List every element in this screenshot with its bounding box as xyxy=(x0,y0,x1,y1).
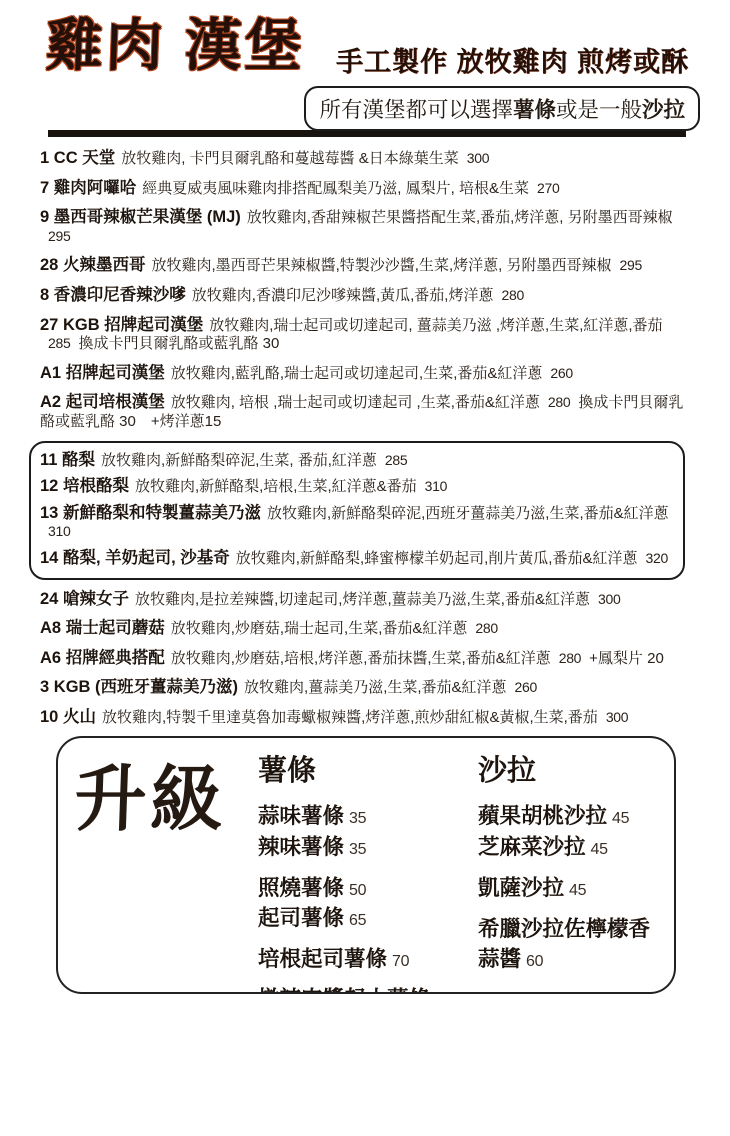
item-price: 280 xyxy=(548,394,570,410)
item-desc: 放牧雞肉,炒磨菇,瑞士起司,生菜,番茄&紅洋蔥 xyxy=(171,620,468,637)
menu-item: A2 起司培根漢堡放牧雞肉, 培根 ,瑞士起司或切達起司 ,生菜,番茄&紅洋蔥2… xyxy=(40,392,692,431)
upgrade-item: 起司薯條65 xyxy=(258,903,450,933)
item-price: 310 xyxy=(48,523,70,539)
note-salad-bold: 沙拉 xyxy=(642,98,685,122)
item-price: 320 xyxy=(645,550,667,566)
menu-item: 27 KGB 招牌起司漢堡放牧雞肉,瑞士起司或切達起司, 薑蒜美乃滋 ,烤洋蔥,… xyxy=(40,315,692,354)
menu-item: A6 招牌經典搭配放牧雞肉,炒磨菇,培根,烤洋蔥,番茄抹醬,生菜,番茄&紅洋蔥2… xyxy=(40,648,692,669)
upgrade-item: 蘋果胡桃沙拉45 xyxy=(478,801,658,831)
item-price: 295 xyxy=(619,257,641,273)
item-desc: 放牧雞肉,瑞士起司或切達起司, 薑蒜美乃滋 ,烤洋蔥,生菜,紅洋蔥,番茄 xyxy=(209,317,662,334)
upgrade-item: 芝麻菜沙拉45 xyxy=(478,832,658,862)
menu-item: 24 嗆辣女子放牧雞肉,是拉差辣醬,切達起司,烤洋蔥,薑蒜美乃滋,生菜,番茄&紅… xyxy=(40,589,692,610)
item-name: 12 培根酪梨 xyxy=(40,477,129,495)
item-name: 3 KGB (西班牙薑蒜美乃滋) xyxy=(40,678,238,696)
salads-group: 希臘沙拉佐檸檬香蒜醬60 xyxy=(478,914,658,974)
item-name: A1 招牌起司漢堡 xyxy=(40,364,165,382)
upgrade-price: 65 xyxy=(349,912,366,929)
item-name: 1 CC 天堂 xyxy=(40,149,115,167)
item-desc: 放牧雞肉,是拉差辣醬,切達起司,烤洋蔥,薑蒜美乃滋,生菜,番茄&紅洋蔥 xyxy=(135,591,590,608)
menu-item: A8 瑞士起司蘑菇放牧雞肉,炒磨菇,瑞士起司,生菜,番茄&紅洋蔥280 xyxy=(40,618,692,639)
avocado-items-box: 11 酪梨放牧雞肉,新鮮酪梨碎泥,生菜, 番茄,紅洋蔥285 12 培根酪梨放牧… xyxy=(29,441,685,580)
menu-item: 13 新鮮酪梨和特製薑蒜美乃滋放牧雞肉,新鮮酪梨碎泥,西班牙薑蒜美乃滋,生菜,番… xyxy=(40,503,673,542)
item-price: 270 xyxy=(537,180,559,196)
menu-item: 3 KGB (西班牙薑蒜美乃滋)放牧雞肉,薑蒜美乃滋,生菜,番茄&紅洋蔥260 xyxy=(40,677,692,698)
item-price: 310 xyxy=(425,478,447,494)
divider-bar xyxy=(48,130,686,137)
upgrade-item: 照燒薯條50 xyxy=(258,873,450,903)
menu-list: 1 CC 天堂放牧雞肉, 卡門貝爾乳酪和蔓越莓醬 &日本綠葉生菜300 7 雞肉… xyxy=(40,148,692,727)
item-desc: 放牧雞肉,墨西哥芒果辣椒醬,特製沙沙醬,生菜,烤洋蔥, 另附墨西哥辣椒 xyxy=(151,257,611,274)
menu-item: 8 香濃印尼香辣沙嗲放牧雞肉,香濃印尼沙嗲辣醬,黃瓜,番茄,烤洋蔥280 xyxy=(40,285,692,306)
item-price: 300 xyxy=(606,709,628,725)
item-name: 27 KGB 招牌起司漢堡 xyxy=(40,316,203,334)
item-name: 14 酪梨, 羊奶起司, 沙基奇 xyxy=(40,549,230,567)
item-price: 260 xyxy=(515,679,537,695)
item-price: 295 xyxy=(48,228,70,244)
note-mid: 或是一般 xyxy=(556,98,642,122)
note-pre: 所有漢堡都可以選擇 xyxy=(319,98,513,122)
note-pill: 所有漢堡都可以選擇薯條或是一般沙拉 xyxy=(304,86,700,131)
salads-heading: 沙拉 xyxy=(478,748,658,789)
menu-header: 雞肉 漢堡 手工製作 放牧雞肉 煎烤或酥炸 所有漢堡都可以選擇薯條或是一般沙拉 xyxy=(40,0,694,130)
item-desc: 放牧雞肉,新鮮酪梨碎泥,生菜, 番茄,紅洋蔥 xyxy=(101,452,377,469)
page-title: 雞肉 漢堡 xyxy=(45,0,307,82)
item-desc: 放牧雞肉,新鮮酪梨,蜂蜜檸檬羊奶起司,削片黃瓜,番茄&紅洋蔥 xyxy=(236,550,638,567)
salads-group: 凱薩沙拉45 xyxy=(478,873,658,903)
upgrade-box: 升級 薯條 蒜味薯條35 辣味薯條35 照燒薯條50 起司薯條65 培根起司薯條… xyxy=(56,736,676,994)
item-name: A6 招牌經典搭配 xyxy=(40,649,165,667)
item-price: 260 xyxy=(550,365,572,381)
item-name: 11 酪梨 xyxy=(40,451,95,469)
fries-group: 照燒薯條50 起司薯條65 xyxy=(258,873,450,933)
item-name: 8 香濃印尼香辣沙嗲 xyxy=(40,286,186,304)
fries-column: 薯條 蒜味薯條35 辣味薯條35 照燒薯條50 起司薯條65 培根起司薯條70 … xyxy=(258,746,450,984)
upgrade-price: 35 xyxy=(349,841,366,858)
menu-item: 11 酪梨放牧雞肉,新鮮酪梨碎泥,生菜, 番茄,紅洋蔥285 xyxy=(40,450,673,471)
upgrade-item: 辣味薯條35 xyxy=(258,832,450,862)
item-price: 280 xyxy=(501,287,523,303)
salads-group: 蘋果胡桃沙拉45 芝麻菜沙拉45 xyxy=(478,801,658,861)
upgrade-item: 蒜味薯條35 xyxy=(258,801,450,831)
item-price: 300 xyxy=(598,591,620,607)
upgrade-item: 希臘沙拉佐檸檬香蒜醬60 xyxy=(478,914,658,974)
item-name: 10 火山 xyxy=(40,708,96,726)
item-price: 285 xyxy=(48,335,70,351)
item-price: 280 xyxy=(475,620,497,636)
item-name: 28 火辣墨西哥 xyxy=(40,256,145,274)
upgrade-price: 60 xyxy=(526,953,543,970)
item-name: 13 新鮮酪梨和特製薑蒜美乃滋 xyxy=(40,504,261,522)
upgrade-item: 燉辣肉醬起士薯條80 xyxy=(258,984,450,995)
item-desc: 放牧雞肉,新鮮酪梨碎泥,西班牙薑蒜美乃滋,生菜,番茄&紅洋蔥 xyxy=(267,505,669,522)
upgrade-price: 50 xyxy=(349,882,366,899)
menu-item: 1 CC 天堂放牧雞肉, 卡門貝爾乳酪和蔓越莓醬 &日本綠葉生菜300 xyxy=(40,148,692,169)
item-name: A8 瑞士起司蘑菇 xyxy=(40,619,165,637)
upgrade-label: 升級 xyxy=(68,764,228,984)
upgrade-price: 45 xyxy=(612,810,629,827)
item-desc: 放牧雞肉,炒磨菇,培根,烤洋蔥,番茄抹醬,生菜,番茄&紅洋蔥 xyxy=(171,650,551,667)
item-name: 9 墨西哥辣椒芒果漢堡 (MJ) xyxy=(40,208,241,226)
item-desc: 放牧雞肉,特製千里達莫魯加毒蠍椒辣醬,烤洋蔥,煎炒甜紅椒&黃椒,生菜,番茄 xyxy=(102,709,598,726)
item-desc: 放牧雞肉,新鮮酪梨,培根,生菜,紅洋蔥&番茄 xyxy=(135,478,417,495)
item-name: A2 起司培根漢堡 xyxy=(40,393,165,411)
item-extra: +鳳梨片 20 xyxy=(589,650,664,667)
item-desc: 放牧雞肉, 培根 ,瑞士起司或切達起司 ,生菜,番茄&紅洋蔥 xyxy=(171,394,540,411)
upgrade-item: 凱薩沙拉45 xyxy=(478,873,658,903)
item-desc: 經典夏威夷風味雞肉排搭配鳳梨美乃滋, 鳳梨片, 培根&生菜 xyxy=(142,180,529,197)
menu-page: 雞肉 漢堡 手工製作 放牧雞肉 煎烤或酥炸 所有漢堡都可以選擇薯條或是一般沙拉 … xyxy=(0,0,730,1136)
fries-group: 培根起司薯條70 xyxy=(258,944,450,974)
upgrade-price: 35 xyxy=(349,810,366,827)
menu-item: 14 酪梨, 羊奶起司, 沙基奇放牧雞肉,新鮮酪梨,蜂蜜檸檬羊奶起司,削片黃瓜,… xyxy=(40,548,673,569)
menu-item: 10 火山放牧雞肉,特製千里達莫魯加毒蠍椒辣醬,烤洋蔥,煎炒甜紅椒&黃椒,生菜,… xyxy=(40,707,692,728)
item-desc: 放牧雞肉,薑蒜美乃滋,生菜,番茄&紅洋蔥 xyxy=(244,679,507,696)
item-desc: 放牧雞肉,香濃印尼沙嗲辣醬,黃瓜,番茄,烤洋蔥 xyxy=(192,287,494,304)
menu-item: 28 火辣墨西哥放牧雞肉,墨西哥芒果辣椒醬,特製沙沙醬,生菜,烤洋蔥, 另附墨西… xyxy=(40,255,692,276)
upgrade-price: 70 xyxy=(392,953,409,970)
item-desc: 放牧雞肉,香甜辣椒芒果醬搭配生菜,番茄,烤洋蔥, 另附墨西哥辣椒 xyxy=(247,209,673,226)
item-price: 300 xyxy=(467,150,489,166)
item-name: 24 嗆辣女子 xyxy=(40,590,129,608)
item-price: 285 xyxy=(385,452,407,468)
menu-item: 7 雞肉阿囉哈經典夏威夷風味雞肉排搭配鳳梨美乃滋, 鳳梨片, 培根&生菜270 xyxy=(40,178,692,199)
menu-item: 9 墨西哥辣椒芒果漢堡 (MJ)放牧雞肉,香甜辣椒芒果醬搭配生菜,番茄,烤洋蔥,… xyxy=(40,207,692,246)
fries-heading: 薯條 xyxy=(258,748,450,789)
salads-column: 沙拉 蘋果胡桃沙拉45 芝麻菜沙拉45 凱薩沙拉45 希臘沙拉佐檸檬香蒜醬60 xyxy=(478,746,658,984)
item-extra: 換成卡門貝爾乳酪或藍乳酪 30 xyxy=(78,335,279,352)
item-desc: 放牧雞肉, 卡門貝爾乳酪和蔓越莓醬 &日本綠葉生菜 xyxy=(121,150,459,167)
upgrade-price: 45 xyxy=(590,841,607,858)
upgrade-price: 45 xyxy=(569,882,586,899)
item-price: 280 xyxy=(559,650,581,666)
menu-item: A1 招牌起司漢堡放牧雞肉,藍乳酪,瑞士起司或切達起司,生菜,番茄&紅洋蔥260 xyxy=(40,363,692,384)
note-fries-bold: 薯條 xyxy=(513,98,556,122)
upgrade-item: 培根起司薯條70 xyxy=(258,944,450,974)
item-desc: 放牧雞肉,藍乳酪,瑞士起司或切達起司,生菜,番茄&紅洋蔥 xyxy=(171,365,543,382)
menu-item: 12 培根酪梨放牧雞肉,新鮮酪梨,培根,生菜,紅洋蔥&番茄310 xyxy=(40,476,673,497)
fries-group: 燉辣肉醬起士薯條80 xyxy=(258,984,450,995)
fries-group: 蒜味薯條35 辣味薯條35 xyxy=(258,801,450,861)
item-name: 7 雞肉阿囉哈 xyxy=(40,179,136,197)
